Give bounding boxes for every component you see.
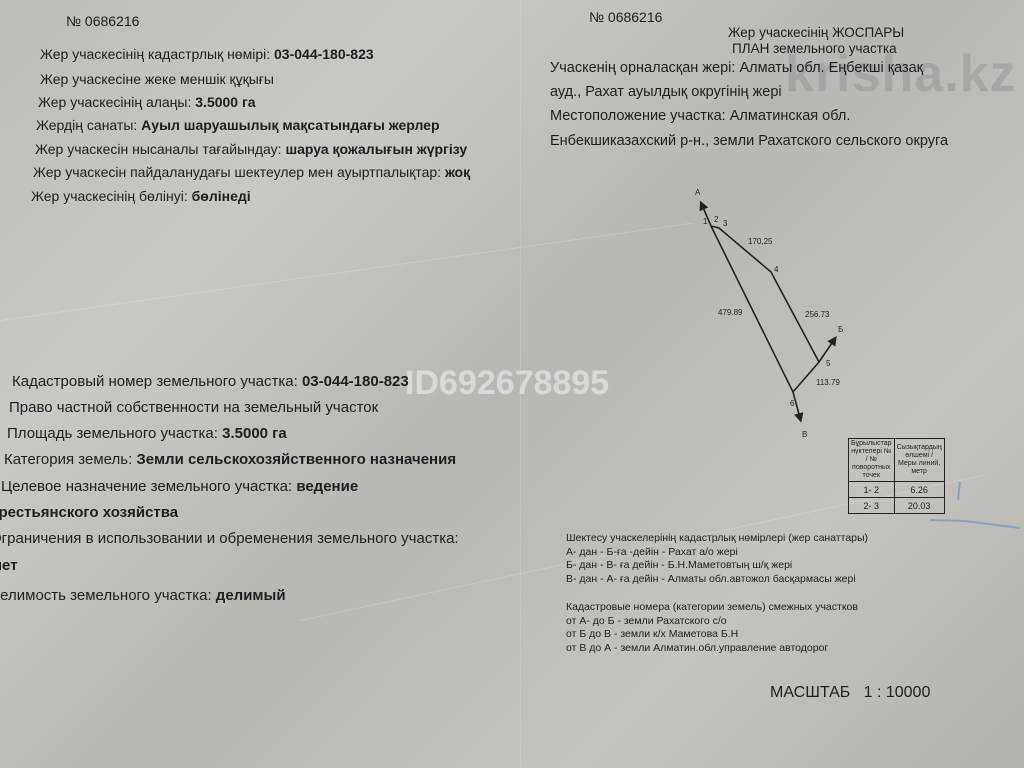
neighbors-kz-block: Шектесу учаскелерінің кадастрлық нөмірле… [566, 532, 868, 586]
neighbors-ru-block: Кадастровые номера (категории земель) см… [566, 601, 858, 655]
point-label-4: 4 [774, 265, 779, 274]
table-cell-points: 1- 2 [849, 482, 895, 498]
table-header-row: Бұрылыстар нүктелері № / № поворотных то… [849, 439, 945, 482]
table-row: 1- 2 6.26 [849, 482, 945, 498]
point-label-2: 2 [714, 215, 719, 224]
land-plot-plan-drawing: 1 2 3 4 5 6 А Б В 170,25 256.73 113.79 4… [0, 0, 1024, 768]
neighbors-kz-line: А- дан - Б-ға -дейін - Рахат а/о жері [566, 546, 868, 560]
neighbors-ru-line: от В до А - земли Алматин.обл.управление… [566, 642, 858, 656]
point-label-3: 3 [723, 219, 728, 228]
direction-label-b: Б [838, 325, 843, 334]
segment-length-6-1: 479.89 [718, 308, 743, 317]
neighbors-kz-line: В- дан - А- ға дейін - Алматы обл.автожо… [566, 573, 868, 587]
direction-label-a: А [695, 188, 701, 197]
segment-length-3-4: 170,25 [748, 237, 773, 246]
map-scale: МАСШТАБ 1 : 10000 [770, 684, 930, 702]
point-label-1: 1 [703, 217, 708, 226]
segment-length-4-5: 256.73 [805, 310, 830, 319]
point-label-6: 6 [790, 399, 795, 408]
turning-points-table: Бұрылыстар нүктелері № / № поворотных то… [848, 438, 945, 514]
segment-length-5-6: 113.79 [816, 378, 840, 387]
neighbors-ru-title: Кадастровые номера (категории земель) см… [566, 601, 858, 615]
table-header-points: Бұрылыстар нүктелері № / № поворотных то… [849, 439, 895, 482]
table-cell-length: 6.26 [894, 482, 944, 498]
point-label-5: 5 [826, 359, 831, 368]
direction-label-v: В [802, 430, 807, 439]
table-row: 2- 3 20.03 [849, 498, 945, 514]
neighbors-kz-title: Шектесу учаскелерінің кадастрлық нөмірле… [566, 532, 868, 546]
neighbors-ru-line: от Б до В - земли к/х Маметова Б.Н [566, 628, 858, 642]
neighbors-kz-line: Б- дан - В- ға дейін - Б.Н.Маметовтың ш/… [566, 559, 868, 573]
table-cell-points: 2- 3 [849, 498, 895, 514]
table-cell-length: 20.03 [894, 498, 944, 514]
table-header-lengths: Сызықтардың өлшемі / Меры линий, метр [894, 439, 944, 482]
neighbors-ru-line: от А- до Б - земли Рахатского с/о [566, 615, 858, 629]
